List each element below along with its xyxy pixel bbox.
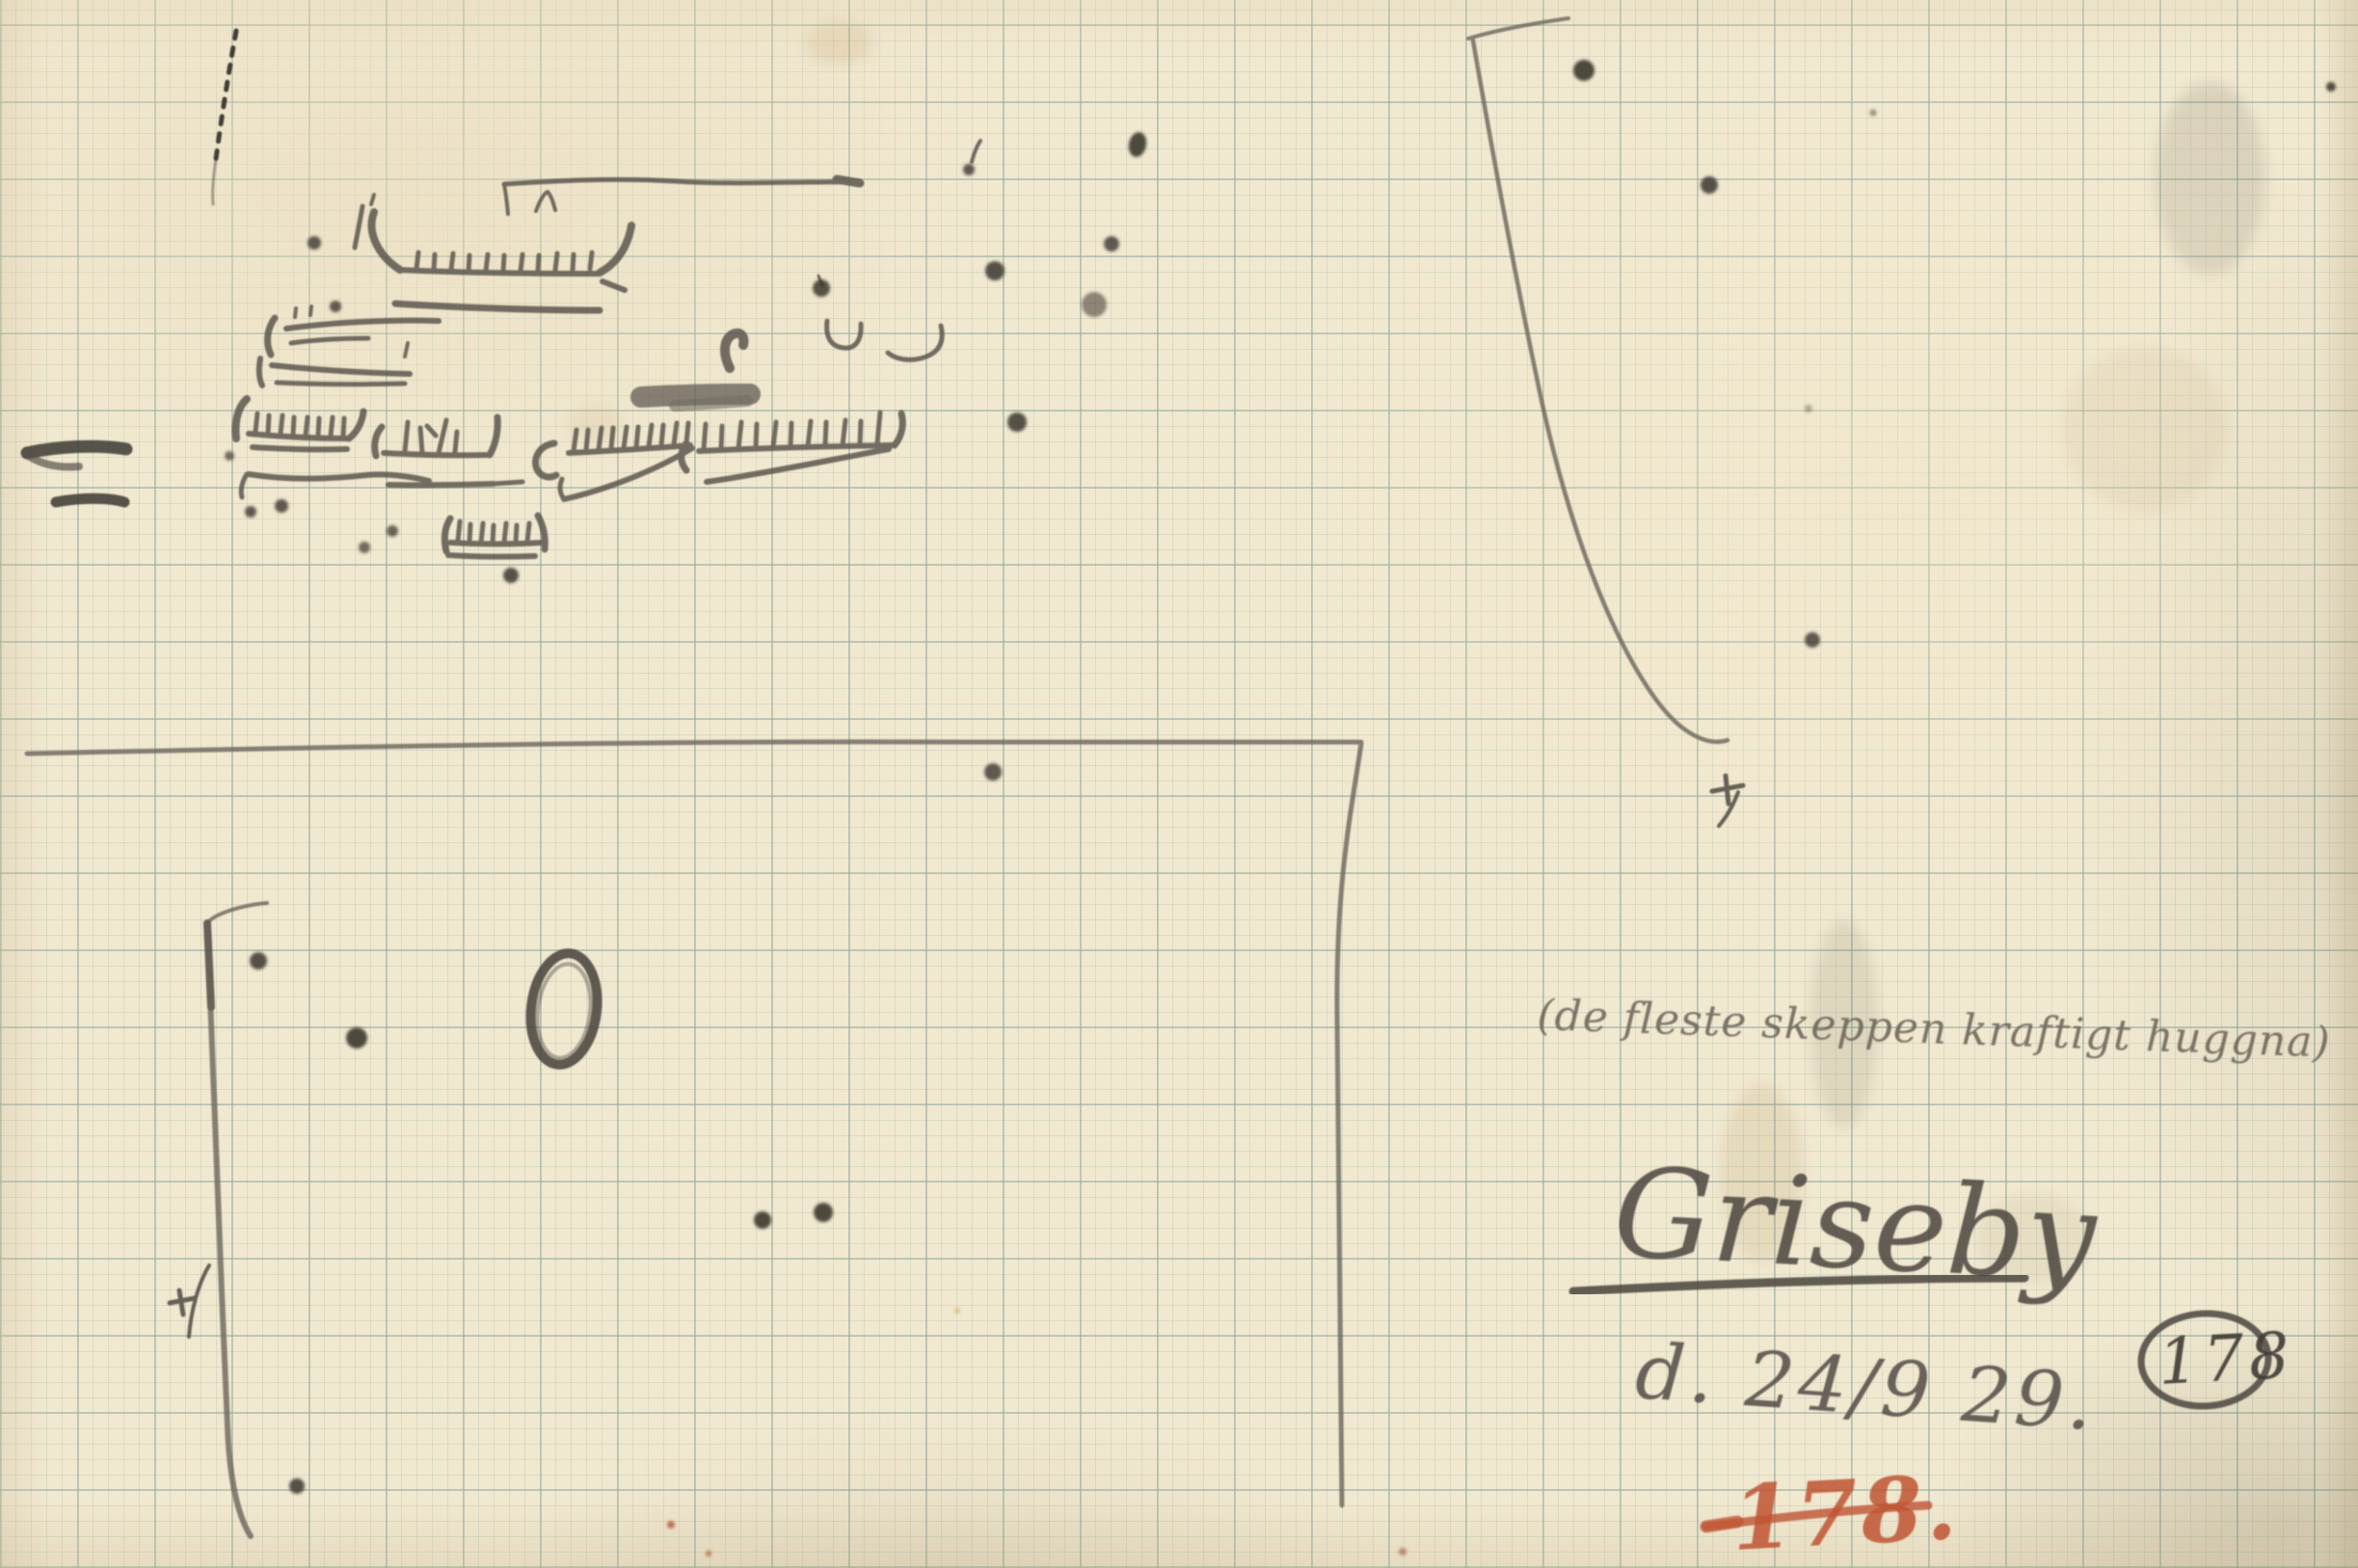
rust-speck	[954, 1308, 960, 1314]
pencil-dot	[1082, 292, 1107, 317]
pencil-dot	[250, 952, 267, 970]
dark-dashed-stroke-tail	[213, 159, 216, 204]
stray-pencil-strokes	[355, 141, 980, 359]
pencil-dot	[1007, 412, 1027, 432]
ship-figure-g	[641, 333, 902, 482]
left-frame-line-dark-top	[207, 923, 211, 1007]
ship-figure-e	[536, 423, 692, 499]
ship-figure-b	[259, 306, 439, 385]
pencil-dot	[289, 1478, 305, 1494]
pencil-dot	[985, 261, 1005, 280]
left-frame-line	[207, 923, 251, 1536]
pencil-dot	[275, 499, 288, 513]
oval-figure	[524, 949, 603, 1068]
pencil-dot	[814, 1203, 833, 1222]
pencil-dot	[963, 164, 975, 175]
pencil-sketch-layer: (de fleste skeppen kraftigt huggna) Gris…	[0, 0, 2358, 1568]
plus-slash-mark-left	[170, 1265, 209, 1337]
pencil-dot	[330, 301, 341, 312]
pencil-dot	[225, 451, 234, 461]
pencil-dot	[754, 1211, 771, 1229]
ship-sketches	[235, 141, 980, 557]
ship-figure-f	[444, 516, 545, 557]
right-frame-line	[1337, 744, 1361, 1505]
sketchbook-page: (de fleste skeppen kraftigt huggna) Gris…	[0, 0, 2358, 1568]
handwritten-caption: (de fleste skeppen kraftigt huggna)	[1537, 991, 2332, 1068]
dark-dashed-stroke	[216, 31, 236, 159]
left-frame-hook	[207, 903, 267, 923]
survey-marks	[27, 31, 1743, 1337]
pencil-dot	[984, 763, 1002, 781]
equals-mark	[27, 446, 126, 502]
catalog-number: 178	[2157, 1318, 2296, 1399]
cup-mark-dots	[225, 60, 2336, 1556]
pencil-dot	[503, 568, 519, 583]
strike-through-tail	[1706, 1522, 1737, 1527]
pencil-dot	[1805, 632, 1820, 648]
catalog-number-circled: 178	[2139, 1311, 2296, 1410]
pencil-dot	[308, 236, 321, 250]
top-right-line-top	[1468, 18, 1568, 39]
pencil-dot	[359, 542, 370, 553]
rust-speck	[706, 1551, 711, 1556]
pencil-dot	[1104, 236, 1119, 252]
ink-speck	[2326, 82, 2336, 92]
top-right-slanted-line	[1473, 40, 1728, 742]
pencil-dot	[1573, 60, 1594, 81]
pencil-dot	[1870, 110, 1877, 117]
pencil-dot	[1126, 130, 1148, 158]
date: d. 24/9 29.	[1633, 1326, 2100, 1448]
crossed-number-group: 178.	[1706, 1455, 1962, 1568]
pencil-dot	[245, 506, 256, 518]
pencil-dot	[1701, 176, 1718, 194]
rust-speck	[1399, 1548, 1407, 1555]
ship-figure-a	[371, 195, 631, 310]
pencil-dot	[387, 525, 398, 537]
plus-slash-mark-right	[1712, 776, 1743, 826]
pencil-dot	[1805, 405, 1812, 412]
pencil-dot	[813, 279, 830, 297]
rust-speck	[667, 1521, 675, 1528]
pencil-dot	[346, 1027, 367, 1049]
middle-horizontal-line	[27, 742, 1361, 754]
frame-lines	[27, 18, 1728, 1536]
